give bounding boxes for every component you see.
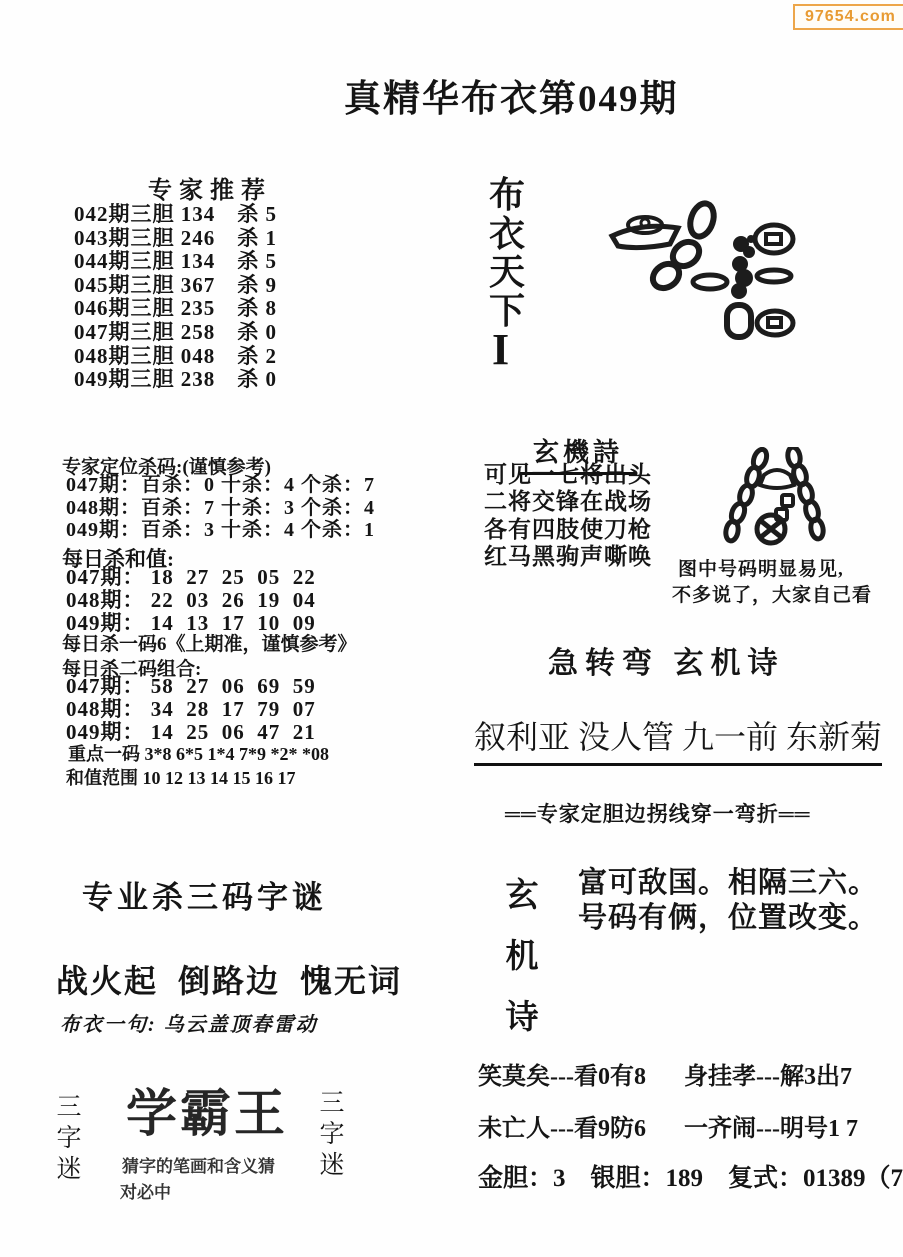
xuanji-poem-line: 红马黑驹声嘶唤 — [484, 543, 652, 570]
kill-position-list: 047期：百杀：0 十杀：4 个杀：7 048期：百杀：7 十杀：3 个杀：4 … — [66, 474, 375, 542]
three-code-riddle-line: 战火起 倒路边 愧无词 — [56, 956, 402, 1002]
sharp-turn-title: 急转弯 玄机诗 — [548, 638, 785, 682]
xuanjishi-line2: 号码有俩，位置改变。 — [578, 895, 878, 936]
recommend-row: 042期三胆 134 杀 5 — [74, 203, 277, 227]
xuanji-poem-line: 可见一七将出头 — [484, 461, 652, 488]
solution-row-1: 笑莫矣---看0有8 身挂孝---解3出7 — [478, 1056, 852, 1091]
daily-kill-sum-row: 048期： 22 03 26 19 04 — [66, 589, 316, 612]
three-code-riddle-heading: 专业杀三码字谜 — [82, 872, 327, 917]
solution-cell: 一齐闹---明号1 7 — [684, 1108, 858, 1143]
riddle-answer: 学霸王 — [126, 1072, 288, 1146]
xuanjishi-vertical-title: 玄机诗 — [502, 866, 542, 1049]
solution-cell: 身挂孝---解3出7 — [684, 1056, 852, 1091]
kill-position-row: 047期：百杀：0 十杀：4 个杀：7 — [66, 474, 375, 497]
xuanji-poem-lines: 可见一七将出头 二将交锋在战场 各有四肢使刀枪 红马黑驹声嘶唤 — [484, 461, 652, 571]
riddle-side-label-right: 三字迷 — [318, 1088, 346, 1181]
scanned-lottery-sheet: 97654.com 真精华布衣第049期 专家推荐 042期三胆 134 杀 5… — [0, 0, 903, 1257]
solution-cell: 笑莫矣---看0有8 — [478, 1056, 646, 1091]
recommend-row: 048期三胆 048 杀 2 — [74, 345, 277, 369]
kill-position-row: 049期：百杀：3 十杀：4 个杀：1 — [66, 519, 375, 542]
buyi-sentence-line: 布衣一句: 乌云盖顶春雷动 — [60, 1008, 318, 1037]
kill-position-row: 048期：百杀：7 十杀：3 个杀：4 — [66, 497, 375, 520]
solution-cell: 未亡人---看9防6 — [478, 1108, 646, 1143]
daily-kill-sum-list: 047期： 18 27 25 05 22 048期： 22 03 26 19 0… — [66, 566, 316, 635]
daily-kill-sum-row: 047期： 18 27 25 05 22 — [66, 566, 316, 589]
sum-range-line: 和值范围 10 12 13 14 15 16 17 — [66, 764, 296, 790]
key-one-code-line: 重点一码 3*8 6*5 1*4 7*9 *2* *08 — [68, 740, 329, 766]
riddle-hint-line1: 猜字的笔画和含义猜 — [122, 1152, 275, 1177]
watermark-badge: 97654.com — [793, 4, 903, 30]
dan-summary-line: 金胆：3 银胆：189 复式：01389（7） — [478, 1158, 903, 1194]
recommend-row: 045期三胆 367 杀 9 — [74, 274, 277, 298]
expert-dingdan-line: ══专家定胆边拐线穿一弯折══ — [505, 798, 811, 828]
chains-coin-sketch-image — [718, 447, 836, 552]
expert-recommend-heading: 专家推荐 — [148, 170, 272, 205]
coins-ingot-sketch-image — [598, 192, 803, 357]
recommend-row: 044期三胆 134 杀 5 — [74, 250, 277, 274]
expert-recommend-list: 042期三胆 134 杀 5 043期三胆 246 杀 1 044期三胆 134… — [74, 203, 277, 392]
buyi-tianxia-numeral: I — [492, 328, 509, 372]
daily-kill-one-line: 每日杀一码6《上期准，谨慎参考》 — [62, 629, 357, 656]
daily-kill-two-list: 047期： 58 27 06 69 59 048期： 34 28 17 79 0… — [66, 675, 316, 744]
daily-kill-two-row: 048期： 34 28 17 79 07 — [66, 698, 316, 721]
sketch-note-line2: 不多说了，大家自己看 — [672, 580, 872, 607]
solution-row-2: 未亡人---看9防6 一齐闹---明号1 7 — [478, 1108, 858, 1143]
recommend-row: 049期三胆 238 杀 0 — [74, 368, 277, 392]
recommend-row: 047期三胆 258 杀 0 — [74, 321, 277, 345]
page-title: 真精华布衣第049期 — [344, 68, 679, 122]
buyi-tianxia-vertical-title: 布衣天下 — [486, 176, 528, 330]
riddle-side-label-left: 三字迷 — [55, 1092, 83, 1185]
recommend-row: 046期三胆 235 杀 8 — [74, 297, 277, 321]
xuanji-poem-line: 各有四肢使刀枪 — [484, 516, 652, 543]
xuanji-poem-line: 二将交锋在战场 — [484, 488, 652, 515]
sketch-note-line1: 图中号码明显易见, — [678, 554, 844, 581]
riddle-hint-line2: 对必中 — [120, 1178, 171, 1203]
daily-kill-two-row: 047期： 58 27 06 69 59 — [66, 675, 316, 698]
sharp-turn-riddle-line: 叙利亚 没人管 九一前 东新菊 — [474, 712, 882, 766]
recommend-row: 043期三胆 246 杀 1 — [74, 227, 277, 251]
